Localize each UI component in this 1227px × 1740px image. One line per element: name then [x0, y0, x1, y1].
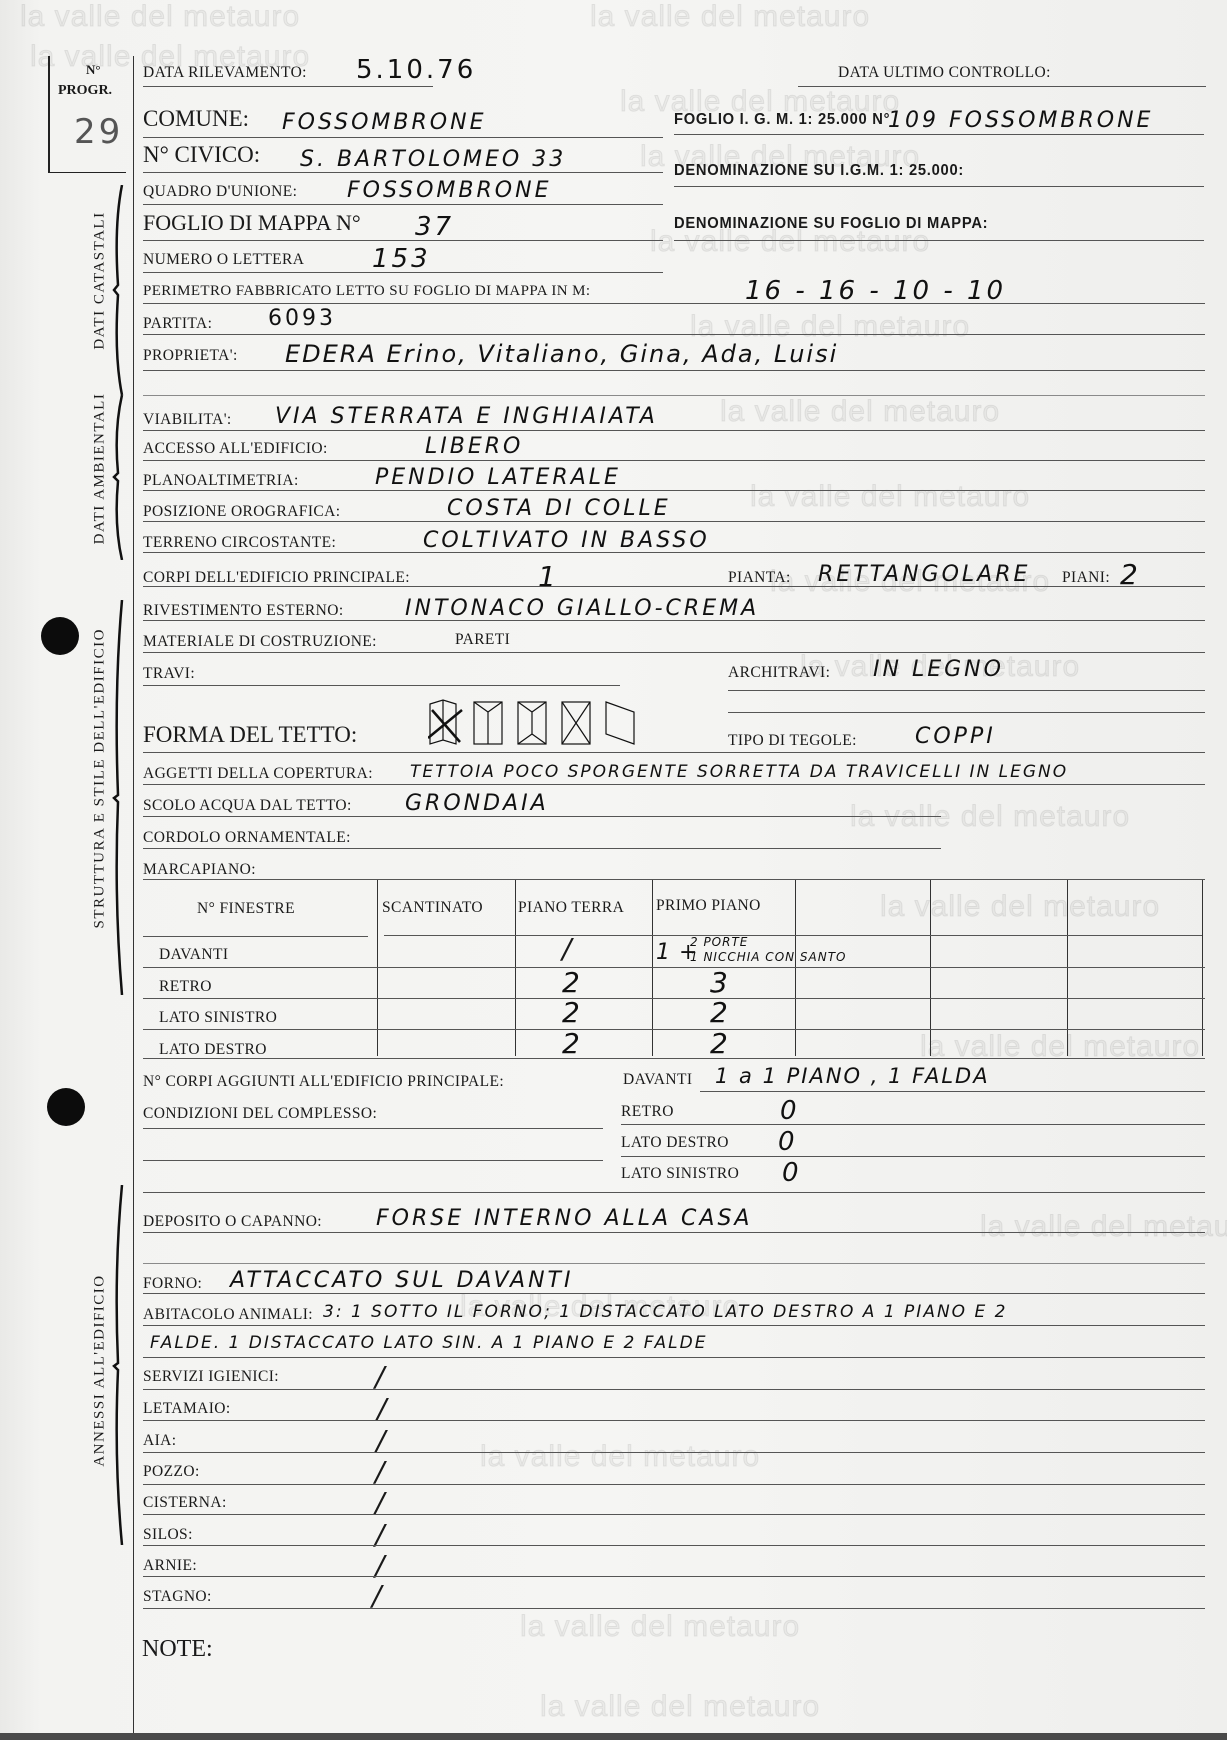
- davanti-label: DAVANTI: [623, 1071, 692, 1089]
- watermark: la valle del metauro: [480, 1440, 760, 1474]
- partita-label: PARTITA:: [143, 315, 212, 333]
- watermark: la valle del metauro: [880, 890, 1160, 924]
- rule: [674, 186, 1204, 187]
- rule: [143, 272, 663, 273]
- brace-icon: [112, 185, 126, 395]
- corpi-label: CORPI DELL'EDIFICIO PRINCIPALE:: [143, 569, 410, 587]
- watermark: la valle del metauro: [520, 1610, 800, 1644]
- retro-field[interactable]: 0: [780, 1096, 800, 1126]
- row-label: LATO SINISTRO: [159, 1009, 277, 1027]
- comune-label: COMUNE:: [143, 106, 249, 132]
- section-label-annessi: ANNESSI ALL'EDIFICIO: [92, 1271, 109, 1471]
- foglio-mappa-field[interactable]: 37: [415, 212, 454, 242]
- progr-label: N°: [86, 62, 101, 78]
- rule: [143, 816, 941, 817]
- rule: [143, 1608, 1205, 1609]
- rule: [143, 586, 1205, 587]
- rule: [143, 1325, 1205, 1326]
- numero-field[interactable]: 153: [372, 244, 431, 274]
- foglio-igm-field[interactable]: 109 FOSSOMBRONE: [888, 108, 1153, 133]
- watermark: la valle del metauro: [720, 395, 1000, 429]
- rule: [674, 134, 1204, 135]
- annesso-field[interactable]: /: [375, 1518, 384, 1551]
- piani-field[interactable]: 2: [1120, 558, 1141, 591]
- forno-label: FORNO:: [143, 1275, 202, 1293]
- rule: [798, 86, 1206, 87]
- annesso-label: AIA:: [143, 1432, 176, 1450]
- forno-field[interactable]: ATTACCATO SUL DAVANTI: [230, 1268, 573, 1293]
- rule: [143, 1128, 603, 1129]
- annesso-label: SILOS:: [143, 1526, 193, 1544]
- quadro-label: QUADRO D'UNIONE:: [143, 183, 297, 201]
- numero-label: NUMERO o LETTERA: [143, 251, 304, 269]
- rule: [143, 752, 1205, 753]
- watermark: la valle del metauro: [690, 310, 970, 344]
- proprieta-field[interactable]: EDERA Erino, Vitaliano, Gina, Ada, Luisi: [285, 340, 838, 368]
- watermark: la valle del metauro: [20, 0, 300, 34]
- pianta-field[interactable]: RETTANGOLARE: [818, 562, 1030, 587]
- rule: [143, 303, 1205, 304]
- condizioni-label: CONDIZIONI DEL COMPLESSO:: [143, 1105, 377, 1123]
- cell-primo-piano-note: 2 PORTE: [690, 935, 748, 949]
- rule: [143, 172, 663, 173]
- rule: [674, 240, 1204, 241]
- table-header: SCANTINATO: [382, 899, 483, 917]
- roof-gable-crossed-icon[interactable]: [428, 700, 462, 744]
- architravi-label: ARCHITRAVI:: [728, 664, 830, 682]
- pianta-label: PIANTA:: [728, 569, 791, 587]
- posizione-label: POSIZIONE OROGRAFICA:: [143, 503, 340, 521]
- watermark: la valle del metauro: [980, 1210, 1227, 1244]
- roof-shape-options: [428, 698, 668, 763]
- scolo-field[interactable]: GRONDAIA: [405, 791, 549, 816]
- data-ultimo-controllo-label: DATA ULTIMO CONTROLLO:: [838, 64, 1051, 82]
- rule: [143, 784, 1205, 785]
- rivestimento-label: RIVESTIMENTO ESTERNO:: [143, 602, 344, 620]
- rule: [143, 1545, 1205, 1546]
- progr-label: PROGR.: [58, 83, 112, 99]
- rule: [143, 1160, 603, 1161]
- row-label: RETRO: [159, 978, 212, 996]
- rule: [621, 1156, 1205, 1157]
- viabilita-label: VIABILITA':: [143, 411, 232, 429]
- abitacolo-field-continued[interactable]: FALDE. 1 DISTACCATO LATO SIN. A 1 PIANO …: [150, 1333, 707, 1353]
- lato-destro-field[interactable]: 0: [778, 1127, 798, 1157]
- watermark: la valle del metauro: [850, 800, 1130, 834]
- rule: [143, 936, 368, 937]
- brace-icon: [112, 395, 126, 560]
- rule: [728, 690, 1205, 691]
- table-header: N° FINESTRE: [197, 900, 295, 918]
- row-label: LATO DESTRO: [159, 1041, 267, 1059]
- rule: [143, 848, 941, 849]
- annesso-label: LETAMAIO:: [143, 1400, 231, 1418]
- rule: [143, 370, 1205, 371]
- rule: [143, 1420, 1205, 1421]
- rule: [143, 430, 1205, 431]
- rule: [143, 1576, 1205, 1577]
- travi-label: TRAVI:: [143, 665, 195, 683]
- rule: [143, 395, 1205, 396]
- row-label: DAVANTI: [159, 946, 228, 964]
- foglio-mappa-label: FOGLIO DI MAPPA N°: [143, 210, 361, 236]
- rule: [143, 240, 663, 241]
- foglio-igm-label: FOGLIO I. G. M. 1: 25.000 N°: [674, 111, 890, 129]
- rule: [143, 1484, 1205, 1485]
- quadro-field[interactable]: FOSSOMBRONE: [347, 178, 551, 203]
- brace-icon: [112, 600, 126, 995]
- comune-field[interactable]: FOSSOMBRONE: [282, 110, 486, 135]
- watermark: la valle del metauro: [590, 0, 870, 34]
- cell-primo-piano[interactable]: 2: [710, 996, 731, 1029]
- davanti-field[interactable]: 1 a 1 PIANO , 1 FALDA: [715, 1064, 990, 1088]
- rule: [143, 620, 1205, 621]
- lato-sinistro-field[interactable]: 0: [782, 1158, 802, 1188]
- materiale-label: MATERIALE DI COSTRUZIONE:: [143, 633, 377, 651]
- watermark: la valle del metauro: [540, 1690, 820, 1724]
- roof-pyramid-icon[interactable]: [562, 702, 590, 744]
- posizione-field[interactable]: COSTA DI COLLE: [447, 496, 671, 521]
- piani-label: PIANI:: [1062, 569, 1110, 587]
- cell-piano-terra[interactable]: 2: [562, 966, 583, 999]
- rule: [621, 1124, 1205, 1125]
- civico-label: N° CIVICO:: [143, 142, 260, 168]
- scan-edge: [0, 1733, 1227, 1740]
- rule: [143, 204, 663, 205]
- cell-primo-piano[interactable]: 3: [710, 966, 731, 999]
- materiale-value: PARETI: [455, 631, 510, 649]
- rule: [143, 460, 1205, 461]
- binder-hole-icon: [47, 1088, 85, 1126]
- planoaltimetria-field[interactable]: PENDIO LATERALE: [375, 465, 621, 490]
- deposito-label: DEPOSITO o CAPANNO:: [143, 1213, 322, 1231]
- rule: [143, 652, 1205, 653]
- architravi-field[interactable]: IN LEGNO: [873, 657, 1004, 682]
- cell-primo-piano[interactable]: 2: [710, 1027, 731, 1060]
- abitacolo-label: ABITACOLO ANIMALI:: [143, 1306, 313, 1324]
- table-header: PRIMO PIANO: [656, 897, 761, 915]
- rule: [143, 879, 1205, 880]
- forma-tetto-label: FORMA DEL TETTO:: [143, 722, 357, 748]
- document-page: la valle del metauro la valle del metaur…: [0, 0, 1227, 1740]
- roof-hip-ridge-icon[interactable]: [474, 702, 502, 744]
- partita-field[interactable]: 6093: [268, 306, 336, 331]
- rule: [143, 137, 663, 138]
- table-header: PIANO TERRA: [518, 899, 624, 917]
- roof-single-pitch-icon[interactable]: [606, 702, 634, 744]
- binder-hole-icon: [41, 617, 79, 655]
- planoaltimetria-label: PLANOALTIMETRIA:: [143, 472, 299, 490]
- cell-piano-terra[interactable]: 2: [562, 1027, 583, 1060]
- rule: [143, 1357, 1205, 1358]
- progr-number: 29: [74, 112, 123, 152]
- tipo-tegole-label: TIPO DI TEGOLE:: [728, 732, 857, 750]
- annesso-label: SERVIZI IGIENICI:: [143, 1368, 279, 1386]
- corpi-field[interactable]: 1: [538, 560, 559, 593]
- rule: [143, 1058, 1205, 1059]
- rule: [143, 1514, 1205, 1515]
- annesso-field[interactable]: /: [375, 1549, 384, 1582]
- marcapiano-label: MARCAPIANO:: [143, 861, 256, 879]
- cell-primo-piano-note: 1 NICCHIA CON SANTO: [690, 950, 847, 964]
- rule: [143, 1232, 1205, 1233]
- proprieta-label: PROPRIETA':: [143, 347, 238, 365]
- annesso-label: STAGNO:: [143, 1588, 212, 1606]
- rule: [143, 552, 1205, 553]
- data-rilevamento-field[interactable]: 5.10.76: [356, 55, 476, 85]
- rule: [143, 521, 1205, 522]
- cordolo-label: CORDOLO ORNAMENTALE:: [143, 829, 351, 847]
- rule: [384, 935, 1202, 936]
- accesso-label: ACCESSO ALL'EDIFICIO:: [143, 440, 328, 458]
- rule: [143, 967, 1205, 968]
- rule: [143, 86, 433, 87]
- tipo-tegole-field[interactable]: COPPI: [915, 724, 996, 749]
- deposito-field[interactable]: FORSE INTERNO ALLA CASA: [376, 1206, 752, 1231]
- section-label-dati-ambientali: DATI AMBIENTALI: [92, 384, 109, 554]
- denominazione-igm-label: DENOMINAZIONE SU I.G.M. 1: 25.000:: [674, 162, 964, 180]
- rule: [143, 1452, 1205, 1453]
- annesso-label: ARNIE:: [143, 1557, 197, 1575]
- rule: [143, 1192, 1205, 1193]
- rule: [143, 334, 1205, 335]
- rule: [143, 685, 620, 686]
- accesso-field[interactable]: LIBERO: [425, 434, 523, 459]
- rule: [143, 1263, 1205, 1264]
- watermark: la valle del metauro: [750, 480, 1030, 514]
- terreno-field[interactable]: COLTIVATO IN BASSO: [423, 528, 710, 553]
- viabilita-field[interactable]: VIA STERRATA E INGHIAIATA: [275, 404, 658, 429]
- terreno-label: TERRENO CIRCOSTANTE:: [143, 534, 336, 552]
- note-label: NOTE:: [142, 1636, 213, 1663]
- annesso-label: POZZO:: [143, 1463, 200, 1481]
- rule: [700, 1091, 1205, 1092]
- left-margin-line: [133, 56, 134, 1733]
- cell-piano-terra[interactable]: /: [562, 932, 571, 965]
- section-label-dati-catastali: DATI CATASTALI: [92, 201, 109, 361]
- cell-piano-terra[interactable]: 2: [562, 996, 583, 1029]
- rule: [143, 1029, 1205, 1030]
- rule: [143, 998, 1205, 999]
- corpi-aggiunti-label: N° CORPI AGGIUNTI ALL'EDIFICIO PRINCIPAL…: [143, 1073, 504, 1091]
- abitacolo-field[interactable]: 3: 1 SOTTO IL FORNO; 1 DISTACCATO LATO D…: [323, 1302, 1007, 1322]
- civico-field[interactable]: S. BARTOLOMEO 33: [300, 147, 566, 172]
- rule: [143, 1293, 1205, 1294]
- lato-sinistro-label: LATO SINISTRO: [621, 1165, 739, 1183]
- rule: [143, 1389, 1205, 1390]
- rule: [143, 490, 1205, 491]
- brace-icon: [112, 1185, 126, 1545]
- denominazione-foglio-label: DENOMINAZIONE SU FOGLIO DI MAPPA:: [674, 215, 988, 233]
- perimetro-field[interactable]: 16 - 16 - 10 - 10: [745, 276, 1006, 306]
- scolo-label: SCOLO ACQUA DAL TETTO:: [143, 797, 352, 815]
- rivestimento-field[interactable]: INTONACO GIALLO-CREMA: [405, 596, 759, 621]
- aggetti-field[interactable]: TETTOIA POCO SPORGENTE SORRETTA DA TRAVI…: [410, 762, 1068, 782]
- data-rilevamento-label: DATA RILEVAMENTO:: [143, 64, 307, 82]
- perimetro-label: PERIMETRO FABBRICATO LETTO SU FOGLIO DI …: [143, 283, 590, 300]
- lato-destro-label: LATO DESTRO: [621, 1134, 729, 1152]
- roof-hip-long-icon[interactable]: [518, 702, 546, 744]
- retro-label: RETRO: [621, 1103, 674, 1121]
- rule: [728, 712, 1205, 713]
- aggetti-label: AGGETTI DELLA COPERTURA:: [143, 765, 373, 783]
- section-label-struttura: STRUTTURA E STILE DELL'EDIFICIO: [92, 649, 109, 929]
- annesso-label: CISTERNA:: [143, 1494, 227, 1512]
